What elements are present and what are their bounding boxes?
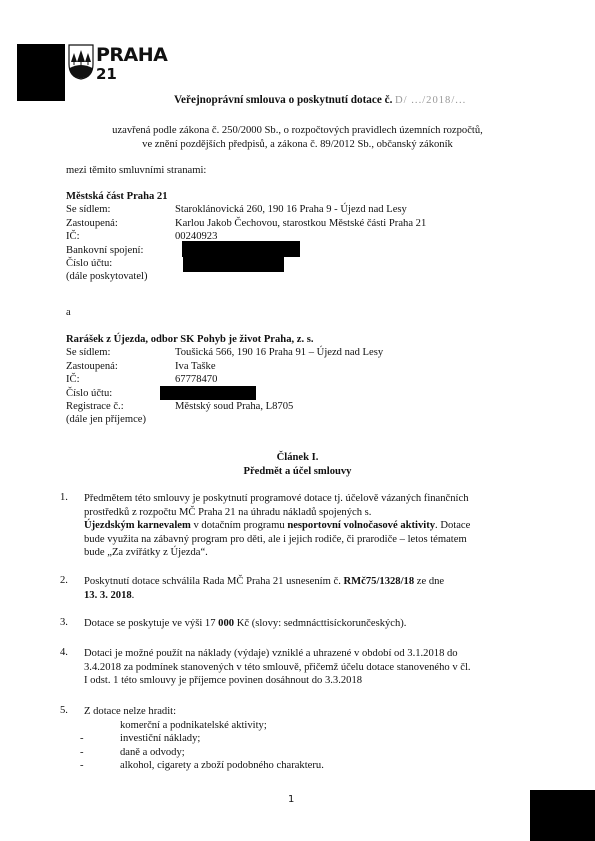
field-value: Toušická 566, 190 16 Praha 91 – Újezd na… (175, 347, 383, 358)
recipient-account-row: Číslo účtu: (66, 388, 526, 401)
bullet-dash: - (80, 759, 84, 773)
clause-4: 4. Dotaci je možné použít na náklady (vý… (60, 647, 540, 691)
clause-line: prostředků z rozpočtu MČ Praha 21 na úhr… (84, 506, 537, 520)
logo-name-line1: PRAHA (96, 44, 167, 66)
redacted-account (160, 386, 256, 400)
clause-line: 3.4.2018 za podmínek stanovených v této … (84, 661, 537, 675)
clause-number: 2. (60, 575, 68, 586)
clause-fragment: Dotace se poskytuje ve výši 17 (84, 618, 218, 629)
field-value: Městský soud Praha, L8705 (175, 401, 293, 412)
clause-1: 1. Předmětem této smlouvy je poskytnutí … (60, 492, 540, 562)
clause-text: Poskytnutí dotace schválila Rada MČ Prah… (84, 575, 537, 602)
clause-line: I odst. 1 této smlouvy je příjemce povin… (84, 674, 537, 688)
program-name: nesportovní volnočasové aktivity (287, 520, 435, 531)
field-label: IČ: (66, 231, 80, 242)
field-value: Iva Taške (175, 361, 216, 372)
clause-line: bude využita na zábavný program pro děti… (84, 533, 537, 547)
bullet-dash: - (80, 746, 84, 760)
clause-fragment: v dotačním programu (191, 520, 288, 531)
provider-account-row: Číslo účtu: (66, 258, 526, 271)
provider-representative-row: Zastoupená: Karlou Jakob Čechovou, staro… (66, 218, 526, 231)
field-label: Číslo účtu: (66, 258, 112, 269)
field-label: Zastoupená: (66, 361, 118, 372)
clause-fragment: ze dne (414, 576, 444, 587)
amount-bold: 000 (218, 618, 234, 629)
exclusion-text: alkohol, cigarety a zboží podobného char… (120, 759, 324, 773)
exclusion-text: komerční a podnikatelské aktivity; (120, 719, 267, 733)
field-label: Zastoupená: (66, 218, 118, 229)
provider-name: Městská část Praha 21 (66, 191, 526, 204)
logo-name-line2: 21 (96, 65, 117, 83)
field-value: Karlou Jakob Čechovou, starostkou Městsk… (175, 218, 426, 229)
recipient-registration-row: Registrace č.: Městský soud Praha, L8705 (66, 401, 526, 414)
field-value: 67778470 (175, 374, 217, 385)
clause-fragment: Poskytnutí dotace schválila Rada MČ Prah… (84, 576, 344, 587)
clause-3: 3. Dotace se poskytuje ve výši 17 000 Kč… (60, 617, 540, 633)
intro-line-2: ve znění pozdějších předpisů, a zákona č… (0, 138, 595, 152)
resolution-number: RMč75/1328/18 (344, 576, 415, 587)
provider-alias: (dále poskytovatel) (66, 271, 526, 284)
clause-fragment: . Dotace (435, 520, 470, 531)
event-name: Újezdským karnevalem (84, 520, 191, 531)
field-label: Číslo účtu: (66, 388, 112, 399)
logo: PRAHA 21 (68, 44, 168, 84)
clause-fragment: . (132, 590, 135, 601)
field-label: Se sídlem: (66, 347, 110, 358)
clause-2: 2. Poskytnutí dotace schválila Rada MČ P… (60, 575, 540, 605)
intro-line-1: uzavřená podle zákona č. 250/2000 Sb., o… (0, 124, 595, 138)
clause-line: 13. 3. 2018. (84, 589, 537, 603)
clause-text: Dotace se poskytuje ve výši 17 000 Kč (s… (84, 617, 537, 631)
title-number: D/ .../2018/... (395, 95, 466, 106)
field-value: Staroklánovická 260, 190 16 Praha 9 - Új… (175, 204, 407, 215)
recipient-representative-row: Zastoupená: Iva Taške (66, 361, 526, 374)
clause-5: 5. Z dotace nelze hradit: komerční a pod… (60, 705, 540, 785)
provider-block: Městská část Praha 21 Se sídlem: Starokl… (66, 191, 526, 285)
redaction-bottom-right (530, 790, 595, 841)
recipient-alias: (dále jen příjemce) (66, 414, 526, 427)
conjunction: a (66, 306, 71, 320)
title-text: Veřejnoprávní smlouva o poskytnutí dotac… (174, 94, 392, 106)
field-label: Registrace č.: (66, 401, 124, 412)
redaction-top-left (17, 44, 65, 101)
recipient-block: Rarášek z Újezda, odbor SK Pohyb je živo… (66, 334, 526, 428)
clause-text: Z dotace nelze hradit: (84, 705, 537, 719)
field-label: Bankovní spojení: (66, 245, 143, 256)
redacted-bank (182, 241, 300, 257)
page-number: 1 (288, 794, 294, 805)
praha-21-crest-icon (68, 44, 94, 80)
between-parties: mezi těmito smluvními stranami: (66, 164, 206, 178)
clause-line: Dotaci je možné použít na náklady (výdaj… (84, 647, 537, 661)
exclusion-text: investiční náklady; (120, 732, 200, 746)
clause-number: 1. (60, 492, 68, 503)
clause-line: Z dotace nelze hradit: (84, 705, 537, 719)
recipient-ico-row: IČ: 67778470 (66, 374, 526, 387)
article-subheading: Předmět a účel smlouvy (0, 465, 595, 479)
recipient-seat-row: Se sídlem: Toušická 566, 190 16 Praha 91… (66, 347, 526, 360)
document-title: Veřejnoprávní smlouva o poskytnutí dotac… (174, 94, 466, 108)
clause-fragment: Kč (slovy: sedmnácttisíckorunčeských). (234, 618, 406, 629)
clause-line: Újezdským karnevalem v dotačním programu… (84, 519, 537, 533)
clause-line: bude „Za zvířátky z Újezda“. (84, 546, 537, 560)
redacted-account (183, 257, 284, 272)
clause-line: Předmětem této smlouvy je poskytnutí pro… (84, 492, 537, 506)
field-label: Se sídlem: (66, 204, 110, 215)
bullet-dash: - (80, 732, 84, 746)
clause-text: Dotaci je možné použít na náklady (výdaj… (84, 647, 537, 688)
article-heading: Článek I. (0, 451, 595, 465)
clause-text: Předmětem této smlouvy je poskytnutí pro… (84, 492, 537, 560)
field-label: IČ: (66, 374, 80, 385)
clause-line: Poskytnutí dotace schválila Rada MČ Prah… (84, 575, 537, 589)
clause-number: 5. (60, 705, 68, 716)
exclusion-text: daně a odvody; (120, 746, 185, 760)
provider-bank-row: Bankovní spojení: (66, 245, 526, 258)
resolution-date: 13. 3. 2018 (84, 590, 132, 601)
provider-seat-row: Se sídlem: Staroklánovická 260, 190 16 P… (66, 204, 526, 217)
clause-line: Dotace se poskytuje ve výši 17 000 Kč (s… (84, 617, 537, 631)
clause-number: 3. (60, 617, 68, 628)
recipient-name: Rarášek z Újezda, odbor SK Pohyb je živo… (66, 334, 526, 347)
clause-number: 4. (60, 647, 68, 658)
